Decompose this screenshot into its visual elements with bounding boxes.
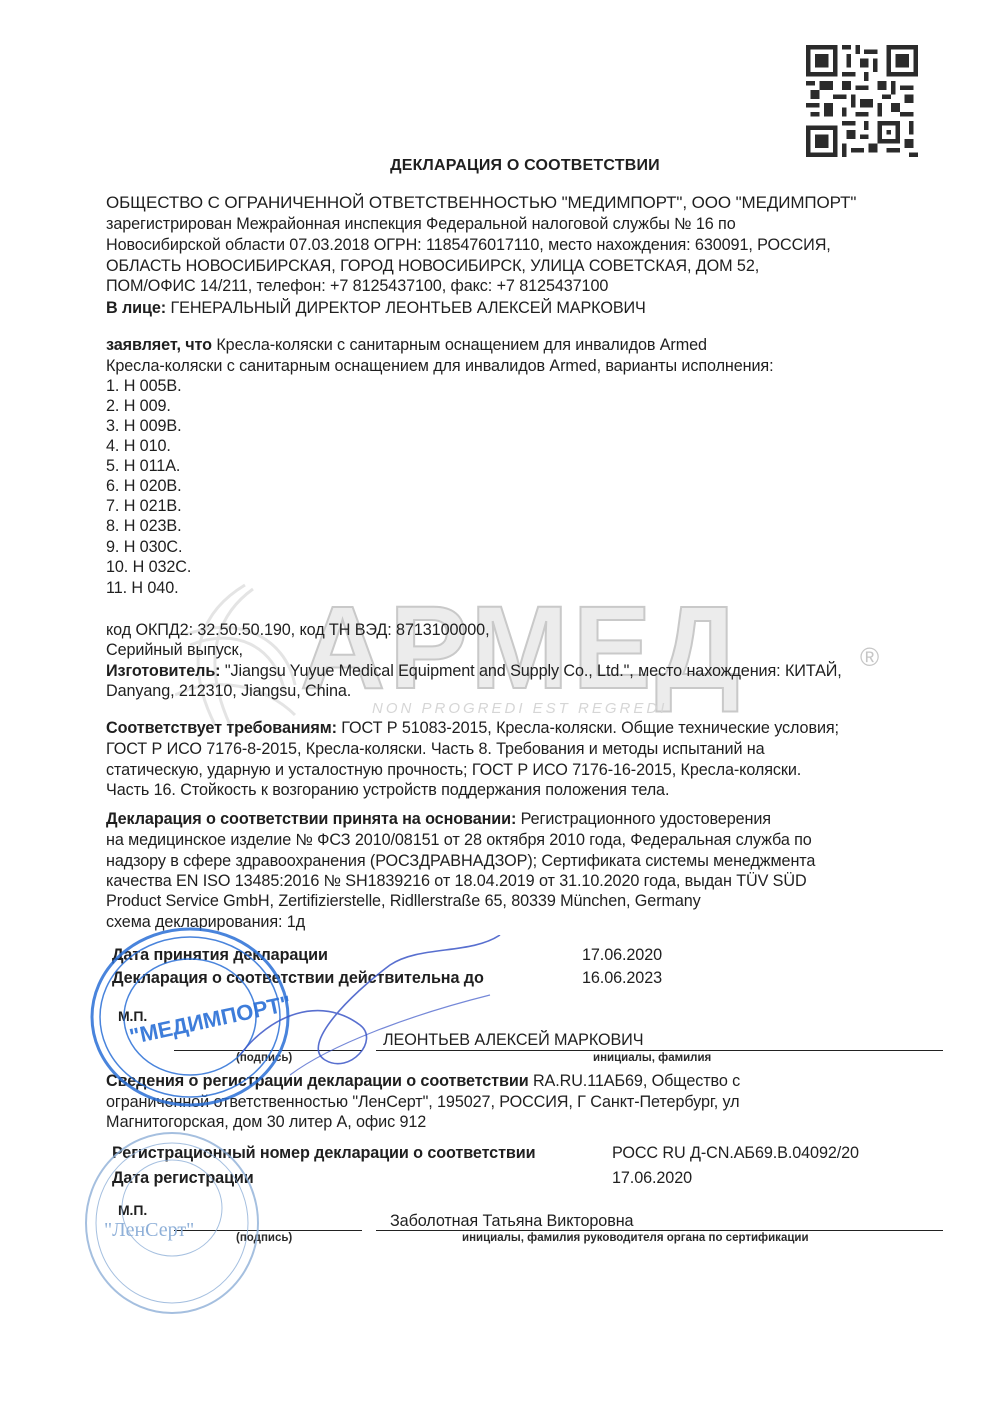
variant-item: 4. Н 010. [106, 436, 171, 456]
manufacturer-value: "Jiangsu Yuyue Medical Equipment and Sup… [220, 662, 841, 680]
basis-line: на медицинское изделие № ФСЗ 2010/08151 … [106, 830, 812, 850]
variant-item: 8. Н 023В. [106, 516, 182, 536]
serial-release: Серийный выпуск, [106, 640, 243, 660]
basis-line: качества EN ISO 13485:2016 № SH1839216 о… [106, 871, 807, 891]
document-title: ДЕКЛАРАЦИЯ О СООТВЕТСТВИИ [0, 157, 1000, 175]
variant-item: 10. Н 032С. [106, 557, 191, 577]
variant-item: 11. Н 040. [106, 578, 179, 598]
valid-until-value: 16.06.2023 [582, 968, 662, 988]
applicant-line: ОБЩЕСТВО С ОГРАНИЧЕННОЙ ОТВЕТСТВЕННОСТЬЮ… [106, 193, 856, 213]
okpd-codes: код ОКПД2: 32.50.50.190, код ТН ВЭД: 871… [106, 620, 490, 640]
lensert-stamp-icon: "ЛенСерт" [82, 1128, 262, 1318]
basis-line: Product Service GmbH, Zertifizierstelle,… [106, 891, 701, 911]
stamp-text: "ЛенСерт" [104, 1219, 194, 1241]
manufacturer-address: Danyang, 212310, Jiangsu, China. [106, 681, 351, 701]
applicant-line: зарегистрирован Межрайонная инспекция Фе… [106, 214, 736, 234]
variant-item: 6. Н 020В. [106, 476, 182, 496]
variant-item: 2. Н 009. [106, 396, 171, 416]
watermark-registered-mark: ® [860, 642, 879, 673]
requirements-label: Соответствует требованиям: [106, 719, 337, 737]
requirements-line: статическую, ударную и усталостную прочн… [106, 760, 801, 780]
applicant-line: ОБЛАСТЬ НОВОСИБИРСКАЯ, ГОРОД НОВОСИБИРСК… [106, 256, 759, 276]
handwritten-signature [230, 935, 510, 1085]
basis-label: Декларация о соответствии принята на осн… [106, 810, 516, 828]
certifier-name: Заболотная Татьяна Викторовна [390, 1211, 633, 1231]
registration-date-value: 17.06.2020 [612, 1168, 692, 1188]
basis: Декларация о соответствии принята на осн… [106, 809, 771, 829]
registration-value: RA.RU.11АБ69, Общество с [529, 1072, 741, 1090]
represented-value: ГЕНЕРАЛЬНЫЙ ДИРЕКТОР ЛЕОНТЬЕВ АЛЕКСЕЙ МА… [166, 299, 646, 317]
registration-number-value: РОСС RU Д-CN.АБ69.В.04092/20 [612, 1143, 859, 1163]
watermark-tagline: NON PROGREDI EST REGREDI [372, 700, 667, 717]
variant-item: 1. Н 005В. [106, 376, 182, 396]
accepted-date-value: 17.06.2020 [582, 945, 662, 965]
variants-intro: Кресла-коляски с санитарным оснащением д… [106, 356, 774, 376]
applicant-line: Новосибирской области 07.03.2018 ОГРН: 1… [106, 235, 831, 255]
variant-item: 9. Н 030С. [106, 537, 182, 557]
basis-line: надзору в сфере здравоохранения (РОСЗДРА… [106, 851, 815, 871]
requirements: Соответствует требованиям: ГОСТ Р 51083-… [106, 718, 839, 738]
requirements-line: Часть 16. Стойкость к возгоранию устройс… [106, 780, 669, 800]
certifier-name-caption: инициалы, фамилия руководителя органа по… [462, 1232, 809, 1244]
manufacturer-label: Изготовитель: [106, 662, 220, 680]
variant-item: 3. Н 009В. [106, 416, 182, 436]
declares-statement: заявляет, что Кресла-коляски с санитарны… [106, 335, 707, 355]
applicant-name-caption: инициалы, фамилия [593, 1052, 711, 1064]
requirements-value: ГОСТ Р 51083-2015, Кресла-коляски. Общие… [337, 719, 839, 737]
basis-value: Регистрационного удостоверения [516, 810, 771, 828]
manufacturer: Изготовитель: "Jiangsu Yuyue Medical Equ… [106, 661, 842, 681]
variant-item: 5. Н 011А. [106, 456, 180, 476]
requirements-line: ГОСТ Р ИСО 7176-8-2015, Кресла-коляски. … [106, 739, 765, 759]
watermark-brand: АРМЕД [300, 588, 743, 708]
declares-label: заявляет, что [106, 336, 212, 354]
qr-code-icon [806, 45, 918, 157]
represented-label: В лице: [106, 299, 166, 317]
declares-value: Кресла-коляски с санитарным оснащением д… [212, 336, 707, 354]
represented-by: В лице: ГЕНЕРАЛЬНЫЙ ДИРЕКТОР ЛЕОНТЬЕВ АЛ… [106, 298, 646, 318]
applicant-line: ПОМ/ОФИС 14/211, телефон: +7 8125437100,… [106, 276, 608, 296]
variant-item: 7. Н 021В. [106, 496, 182, 516]
